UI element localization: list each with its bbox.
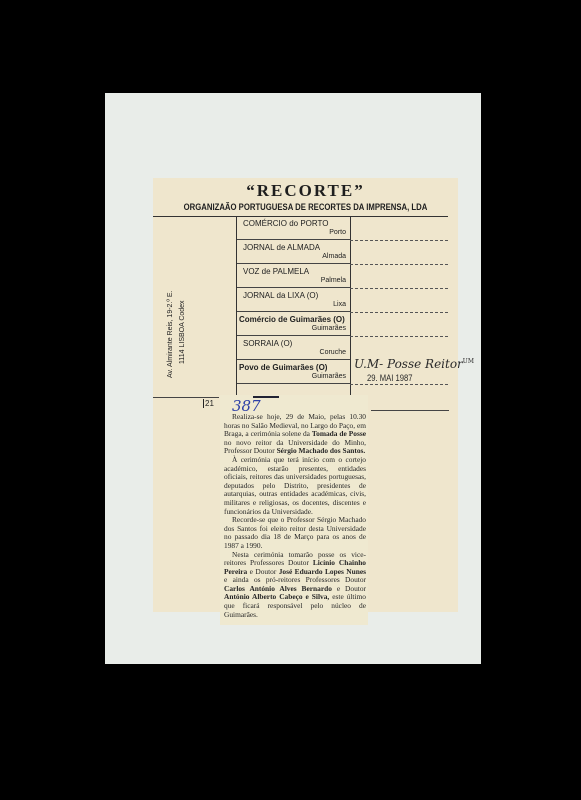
address-line-2: 1114 LISBOA Codex xyxy=(177,228,189,378)
publication-city: Guimarães xyxy=(312,325,346,332)
publication-name: Comércio de Guimarães (O) xyxy=(239,315,345,324)
agency-subtitle: ORGANIZAÃO PORTUGUESA DE RECORTES DA IMP… xyxy=(174,202,436,212)
publication-row: SORRAIA (O) Coruche xyxy=(237,336,350,360)
page-marker: 21 xyxy=(203,399,214,408)
publication-name: VOZ de PALMELA xyxy=(243,267,309,276)
publication-row: JORNAL da LIXA (O) Lixa xyxy=(237,288,350,312)
bottom-rule-left xyxy=(153,397,219,398)
row-line xyxy=(350,264,448,265)
pen-mark xyxy=(253,396,279,398)
row-line xyxy=(350,240,448,241)
publication-name: SORRAIA (O) xyxy=(243,339,292,348)
publication-city: Guimarães xyxy=(312,373,346,380)
agency-address: Av. Almirante Reis, 19-2.º E. 1114 LISBO… xyxy=(165,228,195,378)
address-line-1: Av. Almirante Reis, 19-2.º E. xyxy=(165,228,177,378)
publication-city: Coruche xyxy=(320,349,346,356)
publication-row: COMÉRCIO do PORTO Porto xyxy=(237,216,350,240)
article-paragraph: À cerimónia que terá início com o cortej… xyxy=(224,456,366,516)
article-paragraph: Realiza-se hoje, 29 de Maio, pelas 10.30… xyxy=(224,413,366,456)
table-right-rule xyxy=(350,216,351,401)
publication-name: JORNAL de ALMADA xyxy=(243,243,320,252)
date-stamp: 29. MAI 1987 xyxy=(367,373,413,383)
publication-name: Povo de Guimarães (O) xyxy=(239,363,327,372)
publication-city: Palmela xyxy=(321,277,346,284)
article-body: Realiza-se hoje, 29 de Maio, pelas 10.30… xyxy=(224,413,366,619)
row-line xyxy=(350,336,448,337)
publication-city: Lixa xyxy=(333,301,346,308)
publication-row: Comércio de Guimarães (O) Guimarães xyxy=(237,312,350,336)
handwritten-note: U.M- Posse ReitorUM xyxy=(354,357,474,371)
article-paragraph: Recorde-se que o Professor Sérgio Machad… xyxy=(224,516,366,550)
article-paragraph: Nesta cerimónia tomarão posse os vice-re… xyxy=(224,551,366,620)
row-line xyxy=(350,312,448,313)
publication-city: Porto xyxy=(329,229,346,236)
publication-city: Almada xyxy=(322,253,346,260)
newspaper-article: 387 Realiza-se hoje, 29 de Maio, pelas 1… xyxy=(220,395,368,625)
row-line xyxy=(350,384,448,385)
publication-name: COMÉRCIO do PORTO xyxy=(243,219,329,228)
bottom-rule-right xyxy=(371,410,449,411)
publication-row: JORNAL de ALMADA Almada xyxy=(237,240,350,264)
publication-name: JORNAL da LIXA (O) xyxy=(243,291,318,300)
agency-title: “RECORTE” xyxy=(153,181,458,201)
publication-row: Povo de Guimarães (O) Guimarães xyxy=(237,360,350,384)
row-line xyxy=(350,288,448,289)
publication-row: VOZ de PALMELA Palmela xyxy=(237,264,350,288)
